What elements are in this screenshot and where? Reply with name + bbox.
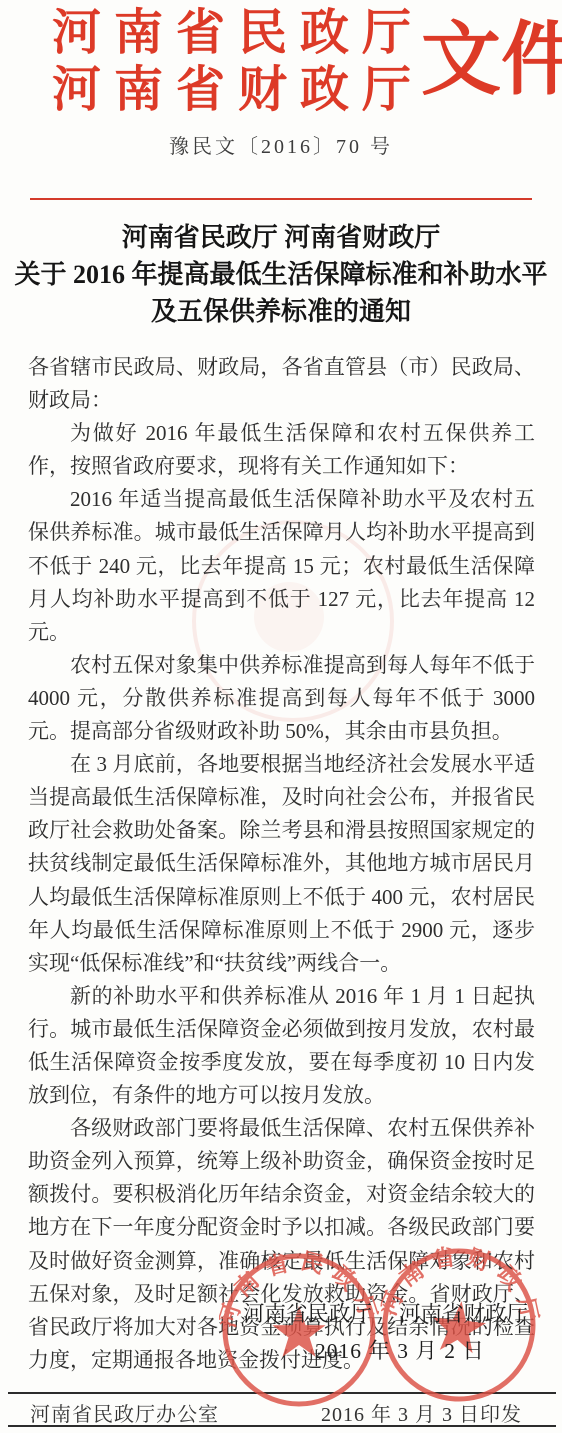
civil-affairs-seal-stamp: 河南省民政厅: [219, 1250, 379, 1410]
signature-issuer-2: 河南省财政厅: [399, 1297, 528, 1328]
document-page: 河南省民政厅 河南省财政厅 文件 豫民文〔2016〕70 号 河南省民政厅 河南…: [0, 0, 562, 1433]
document-body: 各省辖市民政局、财政局，各省直管县（市）民政局、财政局： 为做好 2016 年最…: [28, 351, 535, 1377]
paragraph: 2016 年适当提高最低生活保障补助水平及农村五保供养标准。城市最低生活保障月人…: [28, 483, 535, 648]
paragraph: 在 3 月底前，各地要根据当地经济社会发展水平适当提高最低生活保障标准，及时向社…: [28, 748, 535, 980]
paragraph: 为做好 2016 年最低生活保障和农村五保供养工作，按照省政府要求，现将有关工作…: [28, 417, 535, 483]
salutation: 各省辖市民政局、财政局，各省直管县（市）民政局、财政局：: [28, 351, 535, 417]
signature-date: 2016 年 3 月 2 日: [240, 1334, 560, 1365]
title-line-2: 关于 2016 年提高最低生活保障标准和补助水平: [0, 256, 562, 293]
signature-issuer-1: 河南省民政厅: [243, 1297, 372, 1328]
letterhead: 河南省民政厅 河南省财政厅: [52, 4, 424, 118]
footer-issuing-office: 河南省民政厅办公室: [30, 1398, 219, 1427]
document-number: 豫民文〔2016〕70 号: [0, 130, 562, 159]
letterhead-org-line-1: 河南省民政厅: [52, 4, 424, 61]
signature-issuers: 河南省民政厅 河南省财政厅: [243, 1297, 528, 1328]
document-title: 河南省民政厅 河南省财政厅 关于 2016 年提高最低生活保障标准和补助水平 及…: [0, 219, 562, 330]
red-separator-rule: [30, 198, 532, 200]
paragraph: 新的补助水平和供养标准从 2016 年 1 月 1 日起执行。城市最低生活保障资…: [28, 980, 535, 1112]
title-line-3: 及五保供养标准的通知: [0, 293, 562, 330]
letterhead-org-line-2: 河南省财政厅: [52, 61, 424, 118]
paragraph: 农村五保对象集中供养标准提高到每人每年不低于 4000 元，分散供养标准提高到每…: [28, 649, 535, 748]
title-line-1: 河南省民政厅 河南省财政厅: [0, 219, 562, 256]
letterhead-document-word: 文件: [421, 8, 562, 114]
